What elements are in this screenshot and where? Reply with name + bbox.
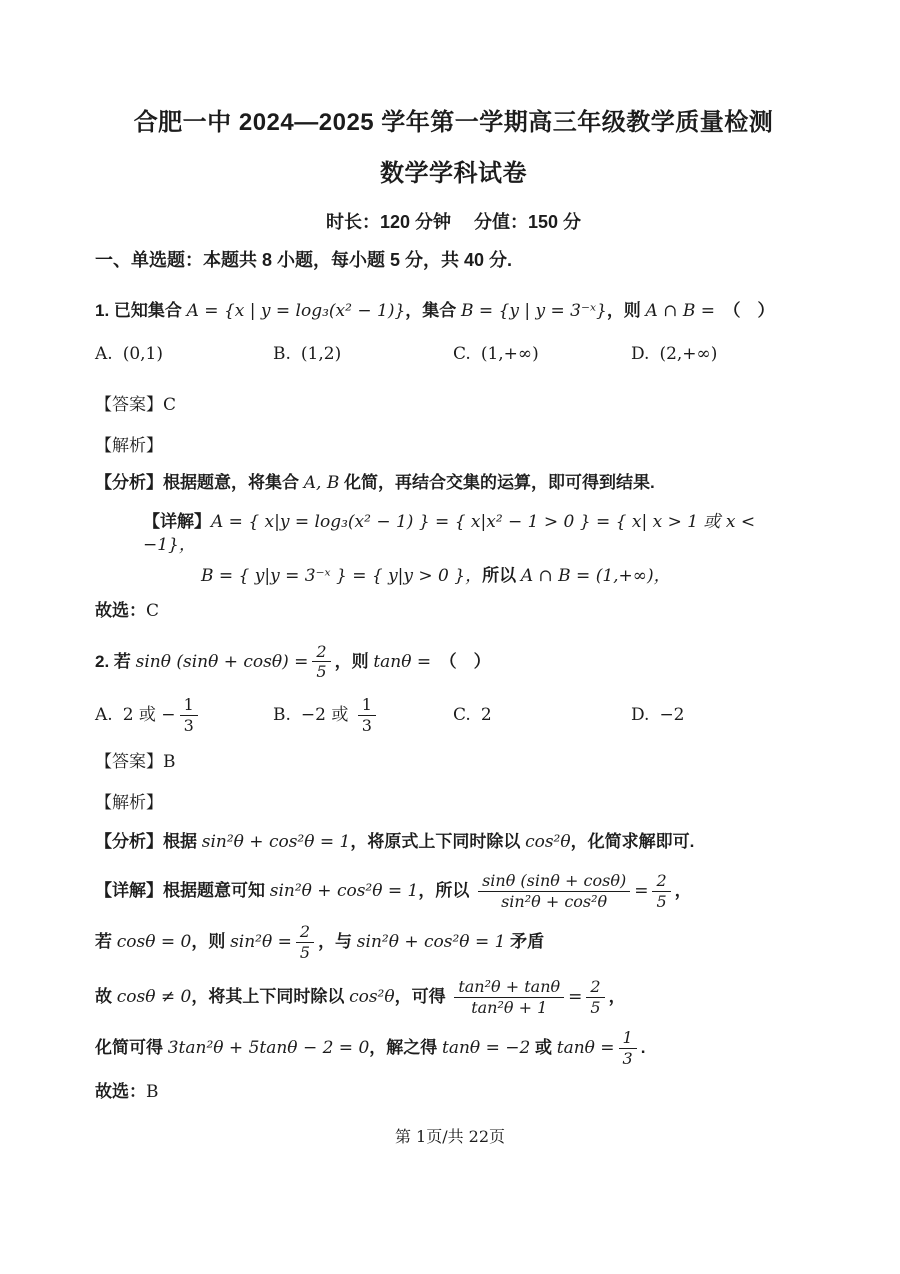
fraction-denominator: tan²θ + 1 [454,997,564,1017]
q2-analysis-label-line: 【解析】 [95,792,812,815]
answer-value: B [163,752,176,772]
option-value: (0,1) [123,344,163,364]
conclusion-value: B [146,1082,159,1102]
q2-solution-line1: 【详解】根据题意可知 sin²θ + cos²θ = 1，所以 sinθ (si… [95,872,812,911]
fraction-denominator: 5 [312,661,330,681]
solution-text: ， [675,881,692,900]
fraction-numerator: 1 [358,696,376,715]
q2-option-a: A.2 或 −13 [95,696,273,735]
q1-option-b: B.(1,2) [273,344,453,364]
q2-option-d: D.−2 [631,705,812,725]
fenxi-math: cos²θ [525,832,571,852]
fenxi-text: 化简，再结合交集的运算，即可得到结果. [339,473,654,492]
fraction: 25 [586,978,604,1017]
q1-fenxi-line: 【分析】根据题意，将集合 A, B 化简，再结合交集的运算，即可得到结果. [95,472,812,495]
solution-text: ，可得 [395,987,451,1006]
fraction-numerator: sinθ (sinθ + cosθ) [478,872,630,891]
q2-solution-line2: 若 cosθ = 0，则 sin²θ =25，与 sin²θ + cos²θ =… [95,923,812,962]
q2-stem: 2. 若 sinθ (sinθ + cosθ) =25，则 tanθ = （ ） [95,643,812,682]
solution-text: 故 [95,987,117,1006]
section1-heading: 一、单选题：本题共 8 小题，每小题 5 分，共 40 分. [95,246,812,272]
q1-options: A.(0,1) B.(1,2) C.(1,+∞) D.(2,+∞) [95,336,812,372]
q1-answer-blank: （ ） [715,301,775,320]
option-value: 2 或 − [123,705,176,725]
solution-text: . [641,1038,646,1057]
fraction-denominator: 3 [619,1048,637,1068]
xiangjie-label: 【详解】 [95,881,163,900]
q2-options: A.2 或 −13 B.−2 或 13 C.2 D.−2 [95,689,812,741]
fenxi-text: ，将原式上下同时除以 [350,832,525,851]
fraction: 13 [619,1029,637,1068]
solution-math: cosθ = 0 [117,932,192,952]
fraction-denominator: sin²θ + cos²θ [478,891,630,911]
solution-text: 矛盾 [505,932,544,951]
q1-stem: 1. 已知集合 A = {x | y = log₃(x² − 1)}，集合 B … [95,294,812,328]
solution-text: ，将其上下同时除以 [191,987,349,1006]
q1-intersection-formula: A ∩ B = [646,301,715,321]
option-label: D. [631,705,649,725]
q1-option-c: C.(1,+∞) [453,344,631,364]
fraction-numerator: 1 [180,696,198,715]
fraction-denominator: 3 [358,715,376,735]
fraction-numerator: 2 [296,923,314,942]
q2-tan-formula: tanθ = [373,651,431,671]
q2-solution-line3: 故 cosθ ≠ 0，将其上下同时除以 cos²θ，可得 tan²θ + tan… [95,978,812,1017]
option-label: B. [273,705,291,725]
fenxi-text: ，化简求解即可. [571,832,695,851]
fraction: sinθ (sinθ + cosθ)sin²θ + cos²θ [478,872,630,911]
solution-text: ，所以 [418,881,474,900]
solution-math: tanθ = [557,1038,615,1058]
q2-stem-text: 2. 若 [95,651,136,670]
paper-title-line2: 数学学科试卷 [95,153,812,188]
analysis-label: 【解析】 [95,793,163,812]
solution-text: ， [609,987,626,1006]
q1-option-d: D.(2,+∞) [631,344,812,364]
q1-stem-text: ，集合 [405,301,461,320]
option-value: (1,+∞) [481,344,539,364]
q2-answer-blank: （ ） [431,651,491,670]
solution-text: ，解之得 [369,1038,442,1057]
conclusion-value: C [146,601,159,621]
q2-solution-line4: 化简可得 3tan²θ + 5tanθ − 2 = 0，解之得 tanθ = −… [95,1029,812,1068]
option-label: A. [95,705,113,725]
option-value: (2,+∞) [659,344,717,364]
solution-math: A = { x|y = log₃(x² − 1) } = { x|x² − 1 … [143,512,755,555]
solution-text: 所以 [482,566,521,585]
fraction: 25 [296,923,314,962]
q1-stem-text: 1. 已知集合 [95,301,187,320]
fraction-numerator: 1 [619,1029,637,1048]
fraction: 13 [358,696,376,735]
q2-stem-formula: sinθ (sinθ + cosθ) = [136,651,309,671]
fenxi-text: 根据题意，将集合 [163,473,304,492]
exam-paper-page: 合肥一中 2024—2025 学年第一学期高三年级教学质量检测 数学学科试卷 时… [0,0,900,1274]
solution-math: tanθ = −2 [442,1038,530,1058]
option-label: C. [453,705,471,725]
q2-fenxi-line: 【分析】根据 sin²θ + cos²θ = 1，将原式上下同时除以 cos²θ… [95,831,812,854]
fraction: 25 [312,643,330,682]
fraction-denominator: 5 [652,891,670,911]
option-value: −2 [659,705,684,725]
fenxi-label: 【分析】 [95,473,163,492]
fraction: 25 [652,872,670,911]
fraction: 13 [180,696,198,735]
fraction-numerator: 2 [586,978,604,997]
q2-option-c: C.2 [453,705,631,725]
solution-text: ，与 [318,932,357,951]
q1-option-a: A.(0,1) [95,344,273,364]
solution-text: 若 [95,932,117,951]
q1-analysis-label-line: 【解析】 [95,435,812,458]
answer-label: 【答案】 [95,395,163,414]
q1-set-a-formula: A = {x | y = log₃(x² − 1)} [187,301,406,321]
fraction-denominator: 3 [180,715,198,735]
solution-math: B = { y|y = 3⁻ˣ } = { y|y > 0 }， [201,566,482,586]
analysis-label: 【解析】 [95,436,163,455]
equals-sign: = [634,881,648,901]
q1-solution-line2: B = { y|y = 3⁻ˣ } = { y|y > 0 }，所以 A ∩ B… [95,565,812,588]
solution-text: 或 [530,1038,556,1057]
solution-math: A ∩ B = (1,+∞)， [521,566,671,586]
conclusion-label: 故选： [95,601,146,620]
solution-text: 根据题意可知 [163,881,270,900]
answer-label: 【答案】 [95,752,163,771]
q1-answer-line: 【答案】C [95,394,812,417]
solution-text: 化简可得 [95,1038,168,1057]
solution-math: sin²θ + cos²θ = 1 [357,932,506,952]
fenxi-label: 【分析】 [95,832,163,851]
page-footer: 第 1页/共 22页 [0,1124,900,1147]
q1-set-b-formula: B = {y | y = 3⁻ˣ} [461,301,607,321]
option-value: 2 [481,705,492,725]
fraction-numerator: 2 [652,872,670,891]
q2-conclusion-line: 故选：B [95,1081,812,1104]
paper-title-line1: 合肥一中 2024—2025 学年第一学期高三年级教学质量检测 [95,102,812,137]
fraction-numerator: 2 [312,643,330,662]
fraction: tan²θ + tanθtan²θ + 1 [454,978,564,1017]
q1-conclusion-line: 故选：C [95,600,812,623]
solution-math: 3tan²θ + 5tanθ − 2 = 0 [168,1038,370,1058]
option-label: A. [95,344,113,364]
fenxi-text: 根据 [163,832,202,851]
fenxi-math: sin²θ + cos²θ = 1 [202,832,351,852]
solution-math: cos²θ [349,987,395,1007]
conclusion-label: 故选： [95,1082,146,1101]
exam-paper-content: 合肥一中 2024—2025 学年第一学期高三年级教学质量检测 数学学科试卷 时… [0,102,900,1104]
option-label: B. [273,344,291,364]
fraction-denominator: 5 [296,942,314,962]
option-value: −2 或 [301,705,354,725]
fraction-denominator: 5 [586,997,604,1017]
equals-sign: = [568,987,582,1007]
q1-solution-line1: 【详解】A = { x|y = log₃(x² − 1) } = { x|x² … [95,511,812,557]
q2-stem-text: ，则 [335,651,374,670]
answer-value: C [163,395,176,415]
solution-math: sin²θ + cos²θ = 1 [270,881,419,901]
option-label: D. [631,344,649,364]
q2-option-b: B.−2 或 13 [273,696,453,735]
solution-math: sin²θ = [230,932,292,952]
xiangjie-label: 【详解】 [143,512,211,531]
fenxi-math: A, B [304,473,340,493]
exam-duration-info: 时长：120 分钟 分值：150 分 [95,208,812,234]
fraction-numerator: tan²θ + tanθ [454,978,564,997]
solution-math: cosθ ≠ 0 [117,987,192,1007]
q2-answer-line: 【答案】B [95,751,812,774]
solution-text: ，则 [191,932,230,951]
option-label: C. [453,344,471,364]
q1-stem-text: ，则 [607,301,646,320]
option-value: (1,2) [301,344,341,364]
